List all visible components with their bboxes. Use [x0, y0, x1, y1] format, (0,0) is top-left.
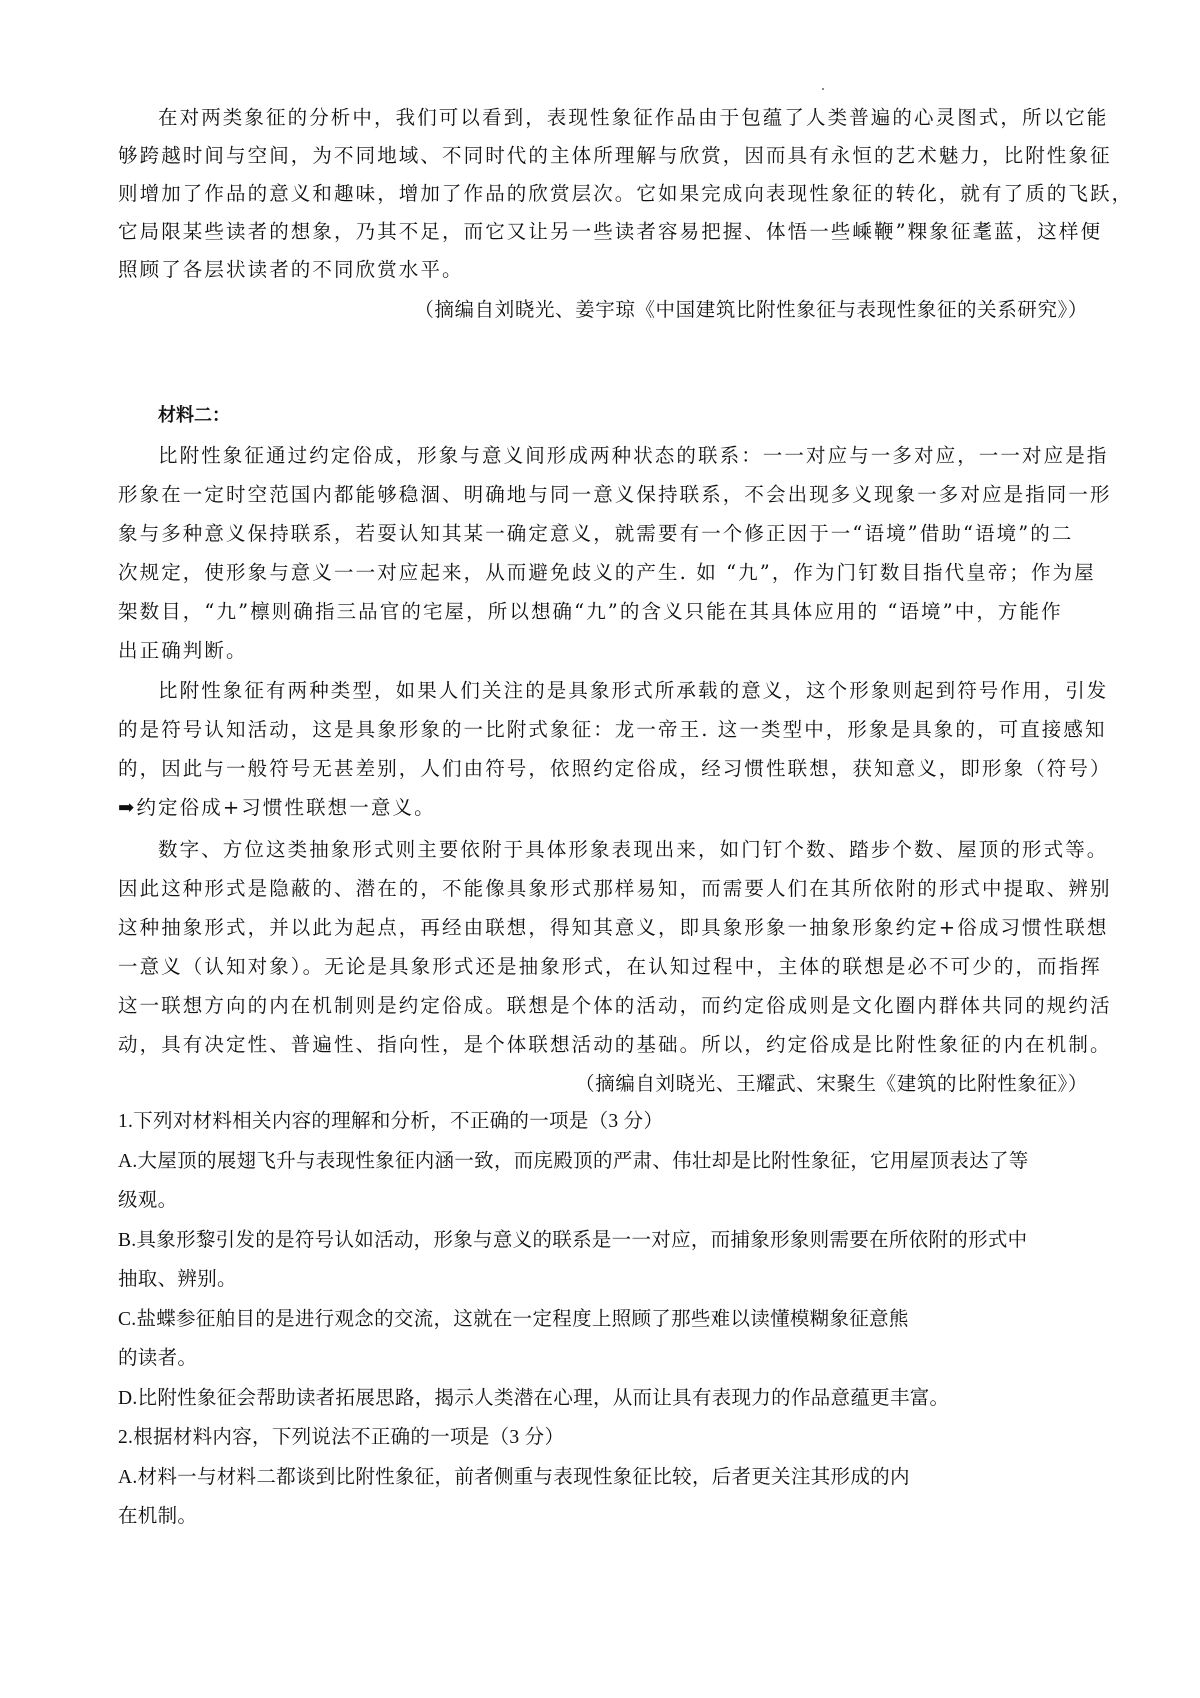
scan-artifact-dot	[822, 88, 824, 90]
paragraph-line: 的，因此与一般符号无甚差别，人们由符号，依照约定俗成，经习惯性联想，获知意义，即…	[118, 755, 1088, 783]
source-citation: （摘编自刘晓光、姜宇琼《中国建筑比附性象征与表现性象征的关系研究》）	[118, 296, 1088, 324]
paragraph-line: 照顾了各层状读者的不同欣赏水平。	[118, 256, 1088, 284]
answer-option-a[interactable]: A.大屋顶的展翅飞升与表现性象征内涵一致，而庑殿顶的严肃、伟壮却是比附性象征，它…	[118, 1148, 1088, 1176]
paragraph-line: 形象在一定时空范国内都能够稳涸、明确地与同一意义保持联系，不会出现多义现象一多对…	[118, 481, 1088, 509]
answer-option-d[interactable]: D.比附性象征会帮助读者拓展思路，揭示人类潜在心理，从而让具有表现力的作品意蕴更…	[118, 1385, 1088, 1413]
answer-option-c-cont: 的读者。	[118, 1345, 1088, 1373]
paragraph-line: 比附性象征通过约定俗成，形象与意义间形成两种状态的联系：一一对应与一多对应，一一…	[158, 442, 1088, 470]
paragraph-line: 架数目，“九”檩则确指三品官的宅屋，所以想确“九”的含义只能在其具体应用的 “语…	[118, 598, 1088, 626]
paragraph-line: 则增加了作品的意义和趣味，增加了作品的欣赏层次。它如果完成向表现性象征的转化，就…	[118, 180, 1088, 208]
answer-option-b-cont: 抽取、辨别。	[118, 1266, 1088, 1294]
paragraph-line: 这种抽象形式，并以此为起点，再经由联想，得知其意义，即具象形象一抽象形象约定+俗…	[118, 914, 1088, 942]
answer-option-a-cont: 在机制。	[118, 1503, 1088, 1531]
paragraph-line: ➡约定俗成+习惯性联想一意义。	[118, 794, 1088, 822]
paragraph-line: 够跨越时间与空间，为不同地域、不同时代的主体所理解与欣赏，因而具有永恒的艺术魅力…	[118, 142, 1088, 170]
paragraph-line: 数字、方位这类抽象形式则主要依附于具体形象表现出来，如门钉个数、踏步个数、屋顶的…	[158, 836, 1088, 864]
paragraph-line: 出正确判断。	[118, 637, 1088, 665]
paragraph-line: 一意义（认知对象）。无论是具象形式还是抽象形式，在认知过程中，主体的联想是必不可…	[118, 953, 1088, 981]
paragraph-line: 的是符号认知活动，这是具象形象的一比附式象征：龙一帝王. 这一类型中，形象是具象…	[118, 716, 1088, 744]
answer-option-c[interactable]: C.盐蝶参征舶目的是进行观念的交流，这就在一定程度上照顾了那些难以读懂模糊象征意…	[118, 1306, 1088, 1334]
answer-option-a[interactable]: A.材料一与材料二都谈到比附性象征，前者侧重与表现性象征比较，后者更关注其形成的…	[118, 1464, 1088, 1492]
question-stem: 1.下列对材料相关内容的理解和分析，不正确的一项是（3 分）	[118, 1108, 1088, 1136]
paragraph-line: 这一联想方向的内在机制则是约定俗成。联想是个体的活动，而约定俗成则是文化圈内群体…	[118, 992, 1088, 1020]
paragraph-line: 因此这种形式是隐蔽的、潜在的，不能像具象形式那样易知，而需要人们在其所依附的形式…	[118, 875, 1088, 903]
answer-option-b[interactable]: B.具象形黎引发的是符号认如活动，形象与意义的联系是一一对应，而捕象形象则需要在…	[118, 1227, 1088, 1255]
answer-option-a-cont: 级观。	[118, 1187, 1088, 1215]
source-citation: （摘编自刘晓光、王耀武、宋聚生《建筑的比附性象征》）	[118, 1070, 1088, 1098]
paragraph-line: 象与多种意义保持联系，若耍认知其某一确定意义，就需要有一个修正因于一“语境”借助…	[118, 520, 1088, 548]
paragraph-line: 动，具有决定性、普遍性、指向性，是个体联想活动的基础。所以，约定俗成是比附性象征…	[118, 1031, 1088, 1059]
exam-page: 在对两类象征的分析中，我们可以看到，表现性象征作品由于包蕴了人类普遍的心灵图式，…	[0, 0, 1200, 1698]
paragraph-line: 它局限某些读者的想象，乃其不足，而它又让另一些读者容易把握、体悟一些嵊鞭”粿象征…	[118, 218, 1088, 246]
question-stem: 2.根据材料内容，下列说法不正确的一项是（3 分）	[118, 1424, 1088, 1452]
paragraph-line: 在对两类象征的分析中，我们可以看到，表现性象征作品由于包蕴了人类普遍的心灵图式，…	[158, 104, 1088, 132]
section-heading: 材料二：	[158, 402, 1128, 430]
paragraph-line: 比附性象征有两种类型，如果人们关注的是具象形式所承载的意义，这个形象则起到符号作…	[158, 677, 1088, 705]
paragraph-line: 次规定，使形象与意义一一对应起来，从而避免歧义的产生. 如 “九”，作为门钉数目…	[118, 559, 1088, 587]
